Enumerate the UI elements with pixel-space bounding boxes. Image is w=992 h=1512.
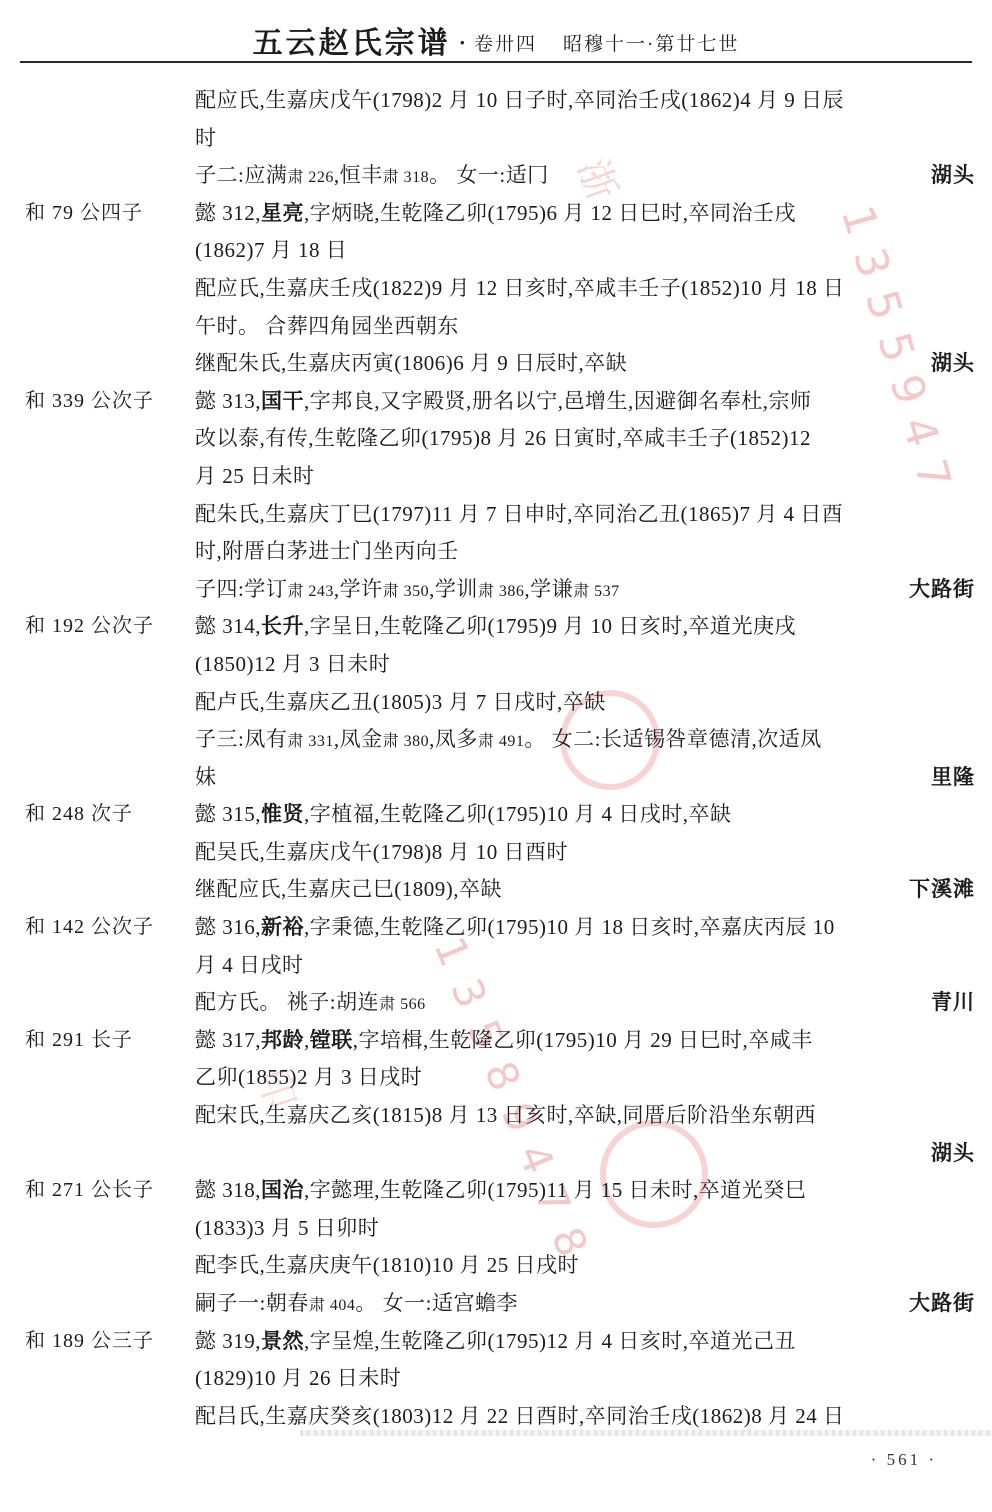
entry-line: 配吴氏,生嘉庆戊午(1798)8 月 10 日酉时 [195,834,975,872]
entry-line: 配应氏,生嘉庆壬戌(1822)9 月 12 日亥时,卒咸丰壬子(1852)10 … [195,270,975,308]
entry-content: 配应氏,生嘉庆戊午(1798)2 月 10 日子时,卒同治壬戌(1862)4 月… [195,82,992,195]
entry-row: 配应氏,生嘉庆戊午(1798)2 月 10 日子时,卒同治壬戌(1862)4 月… [0,82,992,195]
place-name: 大路街 [909,1285,975,1323]
entry-line: 懿 318,国治,字懿理,生乾隆乙卯(1795)11 月 15 日未时,卒道光癸… [195,1172,975,1210]
entry-line: 子二:应满肃 226,恒丰肃 318。 女一:适冂湖头 [195,157,975,195]
entry-line: 懿 312,星亮,字炳晓,生乾隆乙卯(1795)6 月 12 日巳时,卒同治壬戌 [195,195,975,233]
entry-row: 和 192 公次子懿 314,长升,字呈日,生乾隆乙卯(1795)9 月 10 … [0,608,992,796]
entry-line: 时,附厝白茅进士门坐丙向壬 [195,533,975,571]
genealogy-entries: 配应氏,生嘉庆戊午(1798)2 月 10 日子时,卒同治壬戌(1862)4 月… [0,82,992,1435]
entry-label: 和 271 公长子 [0,1172,195,1210]
entry-label: 和 189 公三子 [0,1323,195,1361]
entry-line: 嗣子一:朝春肃 404。 女一:适宫蟾李大路街 [195,1285,975,1323]
entry-line: (1833)3 月 5 日卯时 [195,1210,975,1248]
entry-label: 和 291 长子 [0,1022,195,1060]
entry-line: 继配应氏,生嘉庆己巳(1809),卒缺下溪滩 [195,871,975,909]
entry-line: 配朱氏,生嘉庆丁巳(1797)11 月 7 日申时,卒同治乙丑(1865)7 月… [195,496,975,534]
entry-line: 继配朱氏,生嘉庆丙寅(1806)6 月 9 日辰时,卒缺湖头 [195,345,975,383]
entry-line: 子三:凤有肃 331,凤金肃 380,凤多肃 491。 女二:长适锡咎章德清,次… [195,721,975,759]
entry-line: 懿 319,景然,字呈煌,生乾隆乙卯(1795)12 月 4 日亥时,卒道光己丑 [195,1323,975,1361]
entry-row: 和 291 长子懿 317,邦龄,镗联,字培楫,生乾隆乙卯(1795)10 月 … [0,1022,992,1172]
place-name: 湖头 [931,345,975,383]
entry-line: 午时。 合葬四角园坐西朝东 [195,308,975,346]
entry-content: 懿 312,星亮,字炳晓,生乾隆乙卯(1795)6 月 12 日巳时,卒同治壬戌… [195,195,992,383]
entry-row: 和 339 公次子懿 313,国干,字邦良,又字殿贤,册名以宁,邑增生,因避御名… [0,383,992,609]
entry-line: 配李氏,生嘉庆庚午(1810)10 月 25 日戌时 [195,1247,975,1285]
place-name: 湖头 [931,1135,975,1173]
genealogy-title: 五云赵氏宗谱 [253,27,451,60]
entry-row: 和 271 公长子懿 318,国治,字懿理,生乾隆乙卯(1795)11 月 15… [0,1172,992,1322]
entry-line: 妹里隆 [195,759,975,797]
entry-line: 懿 313,国干,字邦良,又字殿贤,册名以宁,邑增生,因避御名奉杜,宗师 [195,383,975,421]
entry-label: 和 192 公次子 [0,608,195,646]
entry-line: (1850)12 月 3 日未时 [195,646,975,684]
page-number: · 561 · [871,1450,937,1470]
entry-line: 改以泰,有传,生乾隆乙卯(1795)8 月 26 日寅时,卒咸丰壬子(1852)… [195,420,975,458]
place-name: 里隆 [931,759,975,797]
title-separator: · [459,30,466,55]
header-rule [20,61,972,63]
entry-content: 懿 315,惟贤,字植福,生乾隆乙卯(1795)10 月 4 日戌时,卒缺配吴氏… [195,796,992,909]
entry-line: 懿 315,惟贤,字植福,生乾隆乙卯(1795)10 月 4 日戌时,卒缺 [195,796,975,834]
entry-line: 子四:学订肃 243,学许肃 350,学训肃 386,学谦肃 537大路街 [195,571,975,609]
entry-label [0,82,195,120]
place-name: 青川 [931,984,975,1022]
section-label: 昭穆十一·第廿七世 [563,34,739,55]
entry-line: 配卢氏,生嘉庆乙丑(1805)3 月 7 日戌时,卒缺 [195,684,975,722]
entry-line: 配方氏。 祧子:胡连肃 566青川 [195,984,975,1022]
entry-line: (1829)10 月 26 日未时 [195,1360,975,1398]
entry-line: 时 [195,120,975,158]
entry-content: 懿 318,国治,字懿理,生乾隆乙卯(1795)11 月 15 日未时,卒道光癸… [195,1172,992,1322]
entry-content: 懿 314,长升,字呈日,生乾隆乙卯(1795)9 月 10 日亥时,卒道光庚戌… [195,608,992,796]
entry-line: 湖头 [195,1135,975,1173]
entry-line: (1862)7 月 18 日 [195,232,975,270]
page-header: 五云赵氏宗谱·卷卅四昭穆十一·第廿七世 [0,18,992,62]
entry-line: 配应氏,生嘉庆戊午(1798)2 月 10 日子时,卒同治壬戌(1862)4 月… [195,82,975,120]
place-name: 下溪滩 [909,871,975,909]
entry-row: 和 142 公次子懿 316,新裕,字秉德,生乾隆乙卯(1795)10 月 18… [0,909,992,1022]
scan-artifact-band [300,1430,992,1436]
entry-line: 月 4 日戌时 [195,947,975,985]
entry-row: 和 248 次子懿 315,惟贤,字植福,生乾隆乙卯(1795)10 月 4 日… [0,796,992,909]
entry-row: 和 189 公三子懿 319,景然,字呈煌,生乾隆乙卯(1795)12 月 4 … [0,1323,992,1436]
entry-line: 配宋氏,生嘉庆乙亥(1815)8 月 13 日亥时,卒缺,同厝后阶沿坐东朝西 [195,1097,975,1135]
entry-line: 懿 317,邦龄,镗联,字培楫,生乾隆乙卯(1795)10 月 29 日巳时,卒… [195,1022,975,1060]
entry-row: 和 79 公四子懿 312,星亮,字炳晓,生乾隆乙卯(1795)6 月 12 日… [0,195,992,383]
entry-line: 懿 314,长升,字呈日,生乾隆乙卯(1795)9 月 10 日亥时,卒道光庚戌 [195,608,975,646]
entry-line: 乙卯(1855)2 月 3 日戌时 [195,1059,975,1097]
entry-label: 和 79 公四子 [0,195,195,233]
entry-label: 和 339 公次子 [0,383,195,421]
volume-label: 卷卅四 [474,34,537,55]
entry-content: 懿 319,景然,字呈煌,生乾隆乙卯(1795)12 月 4 日亥时,卒道光己丑… [195,1323,992,1436]
entry-label: 和 248 次子 [0,796,195,834]
entry-content: 懿 316,新裕,字秉德,生乾隆乙卯(1795)10 月 18 日亥时,卒嘉庆丙… [195,909,992,1022]
entry-content: 懿 313,国干,字邦良,又字殿贤,册名以宁,邑增生,因避御名奉杜,宗师改以泰,… [195,383,992,609]
place-name: 湖头 [931,157,975,195]
entry-line: 懿 316,新裕,字秉德,生乾隆乙卯(1795)10 月 18 日亥时,卒嘉庆丙… [195,909,975,947]
entry-line: 月 25 日未时 [195,458,975,496]
entry-content: 懿 317,邦龄,镗联,字培楫,生乾隆乙卯(1795)10 月 29 日巳时,卒… [195,1022,992,1172]
entry-label: 和 142 公次子 [0,909,195,947]
place-name: 大路街 [909,571,975,609]
genealogy-page: 五云赵氏宗谱·卷卅四昭穆十一·第廿七世 1355947 浙 13589478 印… [0,0,992,1512]
